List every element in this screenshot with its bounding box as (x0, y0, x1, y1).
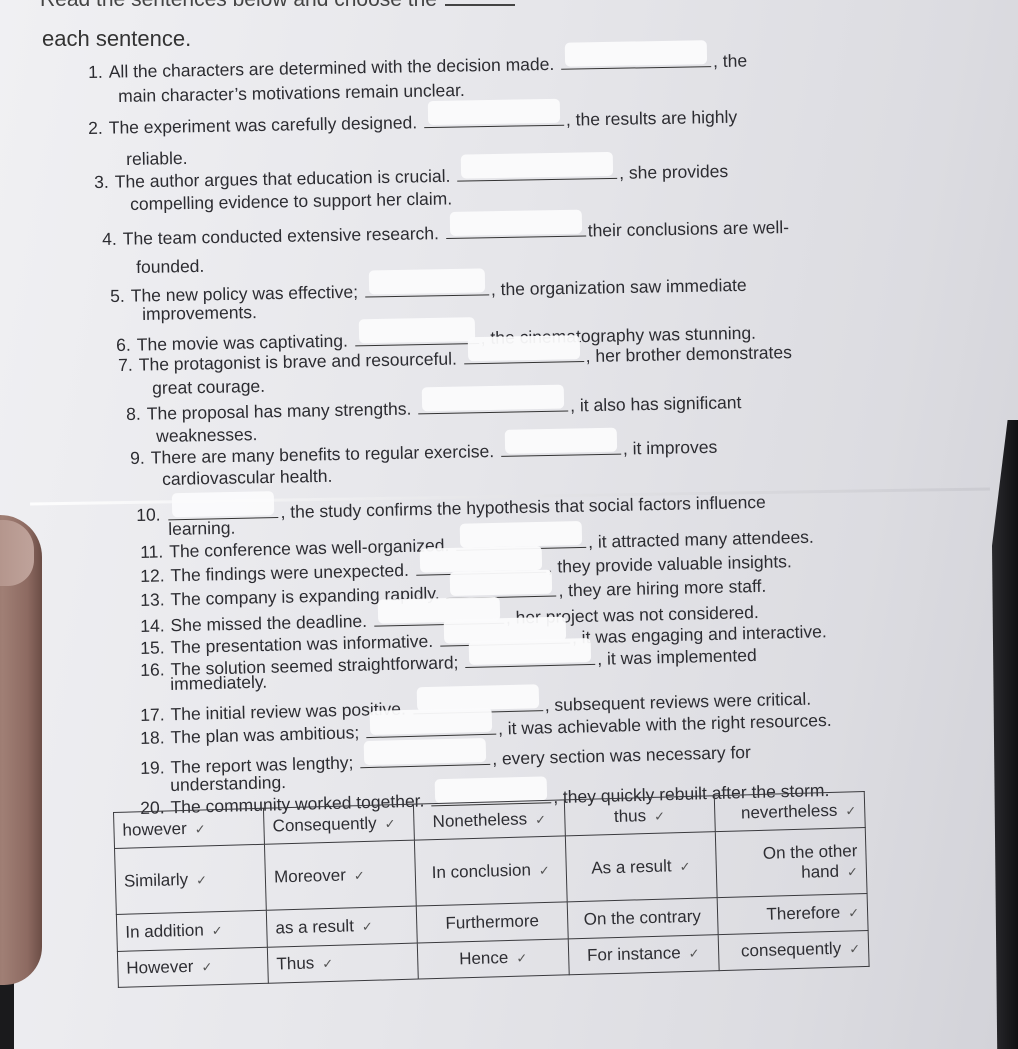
checkmark-icon: ✓ (195, 821, 206, 836)
question-number: 4. (102, 229, 117, 249)
choice-cell: Moreover✓ (265, 841, 417, 911)
question-number: 9. (130, 448, 145, 468)
question-continuation: understanding. (170, 772, 286, 796)
question-text-after: , she provides (619, 161, 728, 183)
question-text-after: , they are hiring more staff. (558, 576, 766, 601)
question-number: 19. (140, 757, 165, 778)
checkmark-icon: ✓ (849, 942, 860, 957)
question-number: 1. (88, 62, 103, 82)
question-continuation: immediately. (170, 672, 267, 695)
question-number: 2. (88, 118, 103, 138)
question-number: 3. (94, 172, 109, 192)
checkmark-icon: ✓ (688, 946, 699, 961)
choice-cell: Similarly✓ (115, 845, 267, 915)
choice-word: Therefore (766, 903, 840, 924)
choice-word: On the contrary (583, 907, 701, 929)
question-text-before: The findings were unexpected. (170, 560, 414, 586)
answer-blank[interactable] (561, 52, 711, 70)
choice-word: Furthermore (445, 911, 539, 933)
choice-cell: Thus✓ (268, 943, 419, 984)
question-number: 8. (126, 404, 141, 424)
question-number: 13. (140, 589, 165, 610)
question-text-before: The experiment was carefully designed. (109, 112, 423, 137)
question-continuation: founded. (136, 256, 204, 278)
checkmark-icon: ✓ (535, 812, 546, 827)
choice-word: Consequently (272, 814, 376, 836)
choice-word: consequently (741, 939, 842, 961)
choice-cell: thus✓ (564, 796, 715, 837)
checkmark-icon: ✓ (516, 951, 527, 966)
question-continuation: reliable. (126, 148, 188, 170)
question-text-after: their conclusions are well- (588, 217, 790, 241)
answer-blank[interactable] (465, 650, 595, 668)
checkmark-icon: ✓ (196, 872, 207, 887)
checkmark-icon: ✓ (539, 863, 550, 878)
question-number: 16. (140, 659, 165, 680)
instructions-text: Read the sentences below and choose the (40, 0, 437, 11)
choices-table: however✓Consequently✓Nonetheless✓thus✓ne… (113, 791, 870, 988)
choice-cell: nevertheless✓ (714, 792, 865, 833)
choice-cell: Furthermore (417, 902, 568, 943)
instructions-blank (445, 4, 515, 6)
choices-grid: however✓Consequently✓Nonetheless✓thus✓ne… (113, 791, 870, 988)
question-text-after: , the results are highly (566, 107, 738, 130)
answer-blank[interactable] (424, 111, 564, 128)
question-text-after: , it also has significant (570, 392, 742, 415)
instructions-line-1: Read the sentences below and choose the (40, 0, 515, 12)
choice-cell: In addition✓ (116, 910, 267, 951)
question-text-after: , the organization saw immediate (491, 275, 747, 299)
choice-word: nevertheless (741, 801, 838, 823)
choice-cell: On the other hand✓ (715, 828, 867, 898)
choice-word: Similarly (124, 870, 189, 891)
question-number: 5. (110, 286, 125, 306)
question-number: 10. (136, 504, 161, 525)
checkmark-icon: ✓ (845, 803, 856, 818)
question-number: 11. (140, 541, 163, 562)
choice-cell: Nonetheless✓ (414, 800, 565, 841)
question-number: 12. (140, 565, 165, 586)
question-number: 17. (140, 704, 165, 725)
question-text-before: The plan was ambitious; (170, 722, 364, 747)
answer-blank[interactable] (501, 440, 621, 457)
choice-word: however (122, 819, 187, 840)
choice-word: thus (614, 806, 647, 826)
choice-word: For instance (587, 944, 681, 966)
question-text-after: , it was implemented (597, 645, 757, 669)
choice-cell: however✓ (114, 808, 265, 849)
question-number: 6. (116, 335, 131, 355)
choice-cell: However✓ (117, 947, 268, 988)
choice-cell: In conclusion✓ (415, 836, 567, 906)
checkmark-icon: ✓ (384, 816, 395, 831)
answer-blank[interactable] (355, 329, 479, 346)
checkmark-icon: ✓ (848, 905, 859, 920)
choice-word: Thus (276, 954, 314, 974)
choice-word: Nonetheless (432, 809, 527, 831)
answer-blank[interactable] (464, 347, 584, 364)
answer-blank[interactable] (366, 720, 496, 738)
choice-cell: Therefore✓ (717, 893, 868, 934)
instructions-line-2: each sentence. (42, 26, 191, 52)
checkmark-icon: ✓ (212, 923, 223, 938)
choice-word: However (126, 957, 194, 978)
question-text-after: , it improves (623, 437, 718, 459)
choice-word: In addition (125, 920, 204, 941)
answer-blank[interactable] (446, 582, 556, 599)
choice-word: Hence (459, 948, 509, 968)
checkmark-icon: ✓ (847, 864, 858, 879)
checkmark-icon: ✓ (679, 859, 690, 874)
question-continuation: learning. (168, 518, 236, 540)
checkmark-icon: ✓ (654, 809, 665, 824)
question-continuation: great courage. (152, 376, 265, 399)
question-text-after: , they provide valuable insights. (547, 551, 792, 577)
question-continuation: cardiovascular health. (162, 466, 333, 490)
answer-blank[interactable] (365, 280, 489, 297)
choice-cell: consequently✓ (718, 930, 869, 971)
choice-cell: Consequently✓ (264, 804, 415, 845)
checkmark-icon: ✓ (201, 960, 212, 975)
question-number: 15. (140, 637, 165, 658)
question-number: 7. (118, 355, 133, 375)
checkmark-icon: ✓ (354, 868, 365, 883)
question-text-before: She missed the deadline. (170, 611, 372, 636)
question-text-after: , it attracted many attendees. (588, 527, 814, 552)
question-text-before: The team conducted extensive research. (123, 223, 444, 249)
choice-cell: As a result✓ (565, 832, 717, 902)
choice-word: Moreover (274, 865, 346, 886)
question-text-before: The proposal has many strengths. (147, 398, 417, 423)
answer-blank[interactable] (457, 164, 617, 182)
choice-word: As a result (591, 856, 672, 877)
question-continuation: improvements. (142, 302, 257, 325)
choice-word: as a result (275, 916, 354, 937)
answer-blank[interactable] (446, 222, 586, 239)
choice-cell: Hence✓ (418, 938, 569, 979)
choice-cell: For instance✓ (568, 934, 719, 975)
checkmark-icon: ✓ (362, 919, 373, 934)
answer-blank[interactable] (360, 750, 490, 768)
answer-blank[interactable] (418, 397, 568, 415)
choice-word: In conclusion (431, 860, 531, 882)
choice-word: On the other hand (763, 841, 858, 881)
choice-cell: On the contrary (567, 898, 718, 939)
question-text-after: , the (713, 50, 747, 71)
question-number: 14. (140, 615, 165, 636)
question-number: 18. (140, 727, 165, 748)
checkmark-icon: ✓ (322, 956, 333, 971)
question-text-after: , her brother demonstrates (585, 342, 792, 366)
question-continuation: weaknesses. (156, 424, 258, 447)
choice-cell: as a result✓ (266, 906, 417, 947)
